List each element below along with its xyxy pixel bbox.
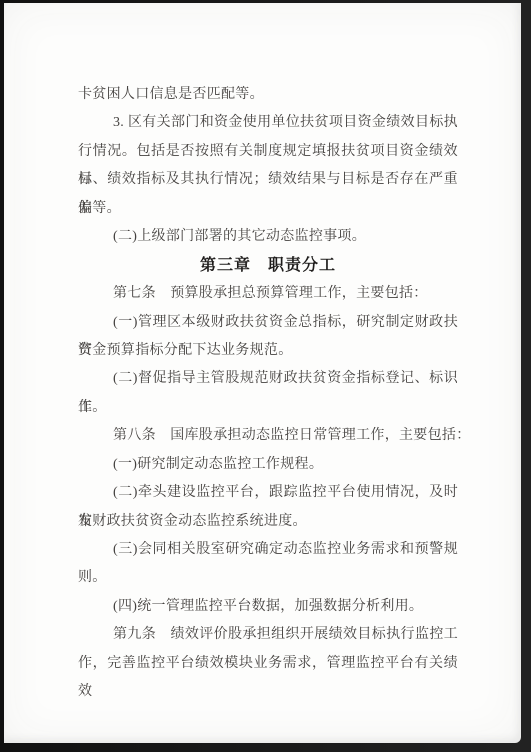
text-line: 布财政扶贫资金动态监控系统进度。 — [78, 508, 458, 536]
text-line: 则。 — [78, 564, 458, 592]
text-line: (一)管理区本级财政扶贫资金总指标，研究制定财政扶贫 — [78, 309, 458, 337]
text-line: 3. 区有关部门和资金使用单位扶贫项目资金绩效目标执 — [78, 109, 458, 137]
document-text: 卡贫困人口信息是否匹配等。 3. 区有关部门和资金使用单位扶贫项目资金绩效目标执… — [78, 81, 458, 678]
scan-frame: 卡贫困人口信息是否匹配等。 3. 区有关部门和资金使用单位扶贫项目资金绩效目标执… — [0, 0, 531, 752]
text-line: (一)研究制定动态监控工作规程。 — [78, 451, 458, 479]
document-page: 卡贫困人口信息是否匹配等。 3. 区有关部门和资金使用单位扶贫项目资金绩效目标执… — [4, 3, 521, 743]
chapter-heading: 第三章 职责分工 — [78, 252, 458, 280]
text-line: (三)会同相关股室研究确定动态监控业务需求和预警规 — [78, 536, 458, 564]
text-line: 标、绩效指标及其执行情况；绩效结果与目标是否存在严重偏 — [78, 166, 458, 194]
text-line: 资金预算指标分配下达业务规范。 — [78, 337, 458, 365]
text-line: 差等。 — [78, 195, 458, 223]
text-line: 第九条 绩效评价股承担组织开展绩效目标执行监控工 — [78, 621, 458, 649]
text-line: 卡贫困人口信息是否匹配等。 — [78, 81, 458, 109]
text-line: (二)牵头建设监控平台，跟踪监控平台使用情况，及时发 — [78, 479, 458, 507]
text-line: 第七条 预算股承担总预算管理工作，主要包括： — [78, 280, 458, 308]
text-line: (四)统一管理监控平台数据，加强数据分析利用。 — [78, 593, 458, 621]
text-line: 作。 — [78, 394, 458, 422]
text-line: 第八条 国库股承担动态监控日常管理工作，主要包括： — [78, 422, 458, 450]
text-line: 行情况。包括是否按照有关制度规定填报扶贫项目资金绩效目 — [78, 138, 458, 166]
text-line: (二)督促指导主管股规范财政扶贫资金指标登记、标识工 — [78, 365, 458, 393]
text-line: 作，完善监控平台绩效模块业务需求，管理监控平台有关绩效 — [78, 650, 458, 678]
text-line: (二)上级部门部署的其它动态监控事项。 — [78, 223, 458, 251]
